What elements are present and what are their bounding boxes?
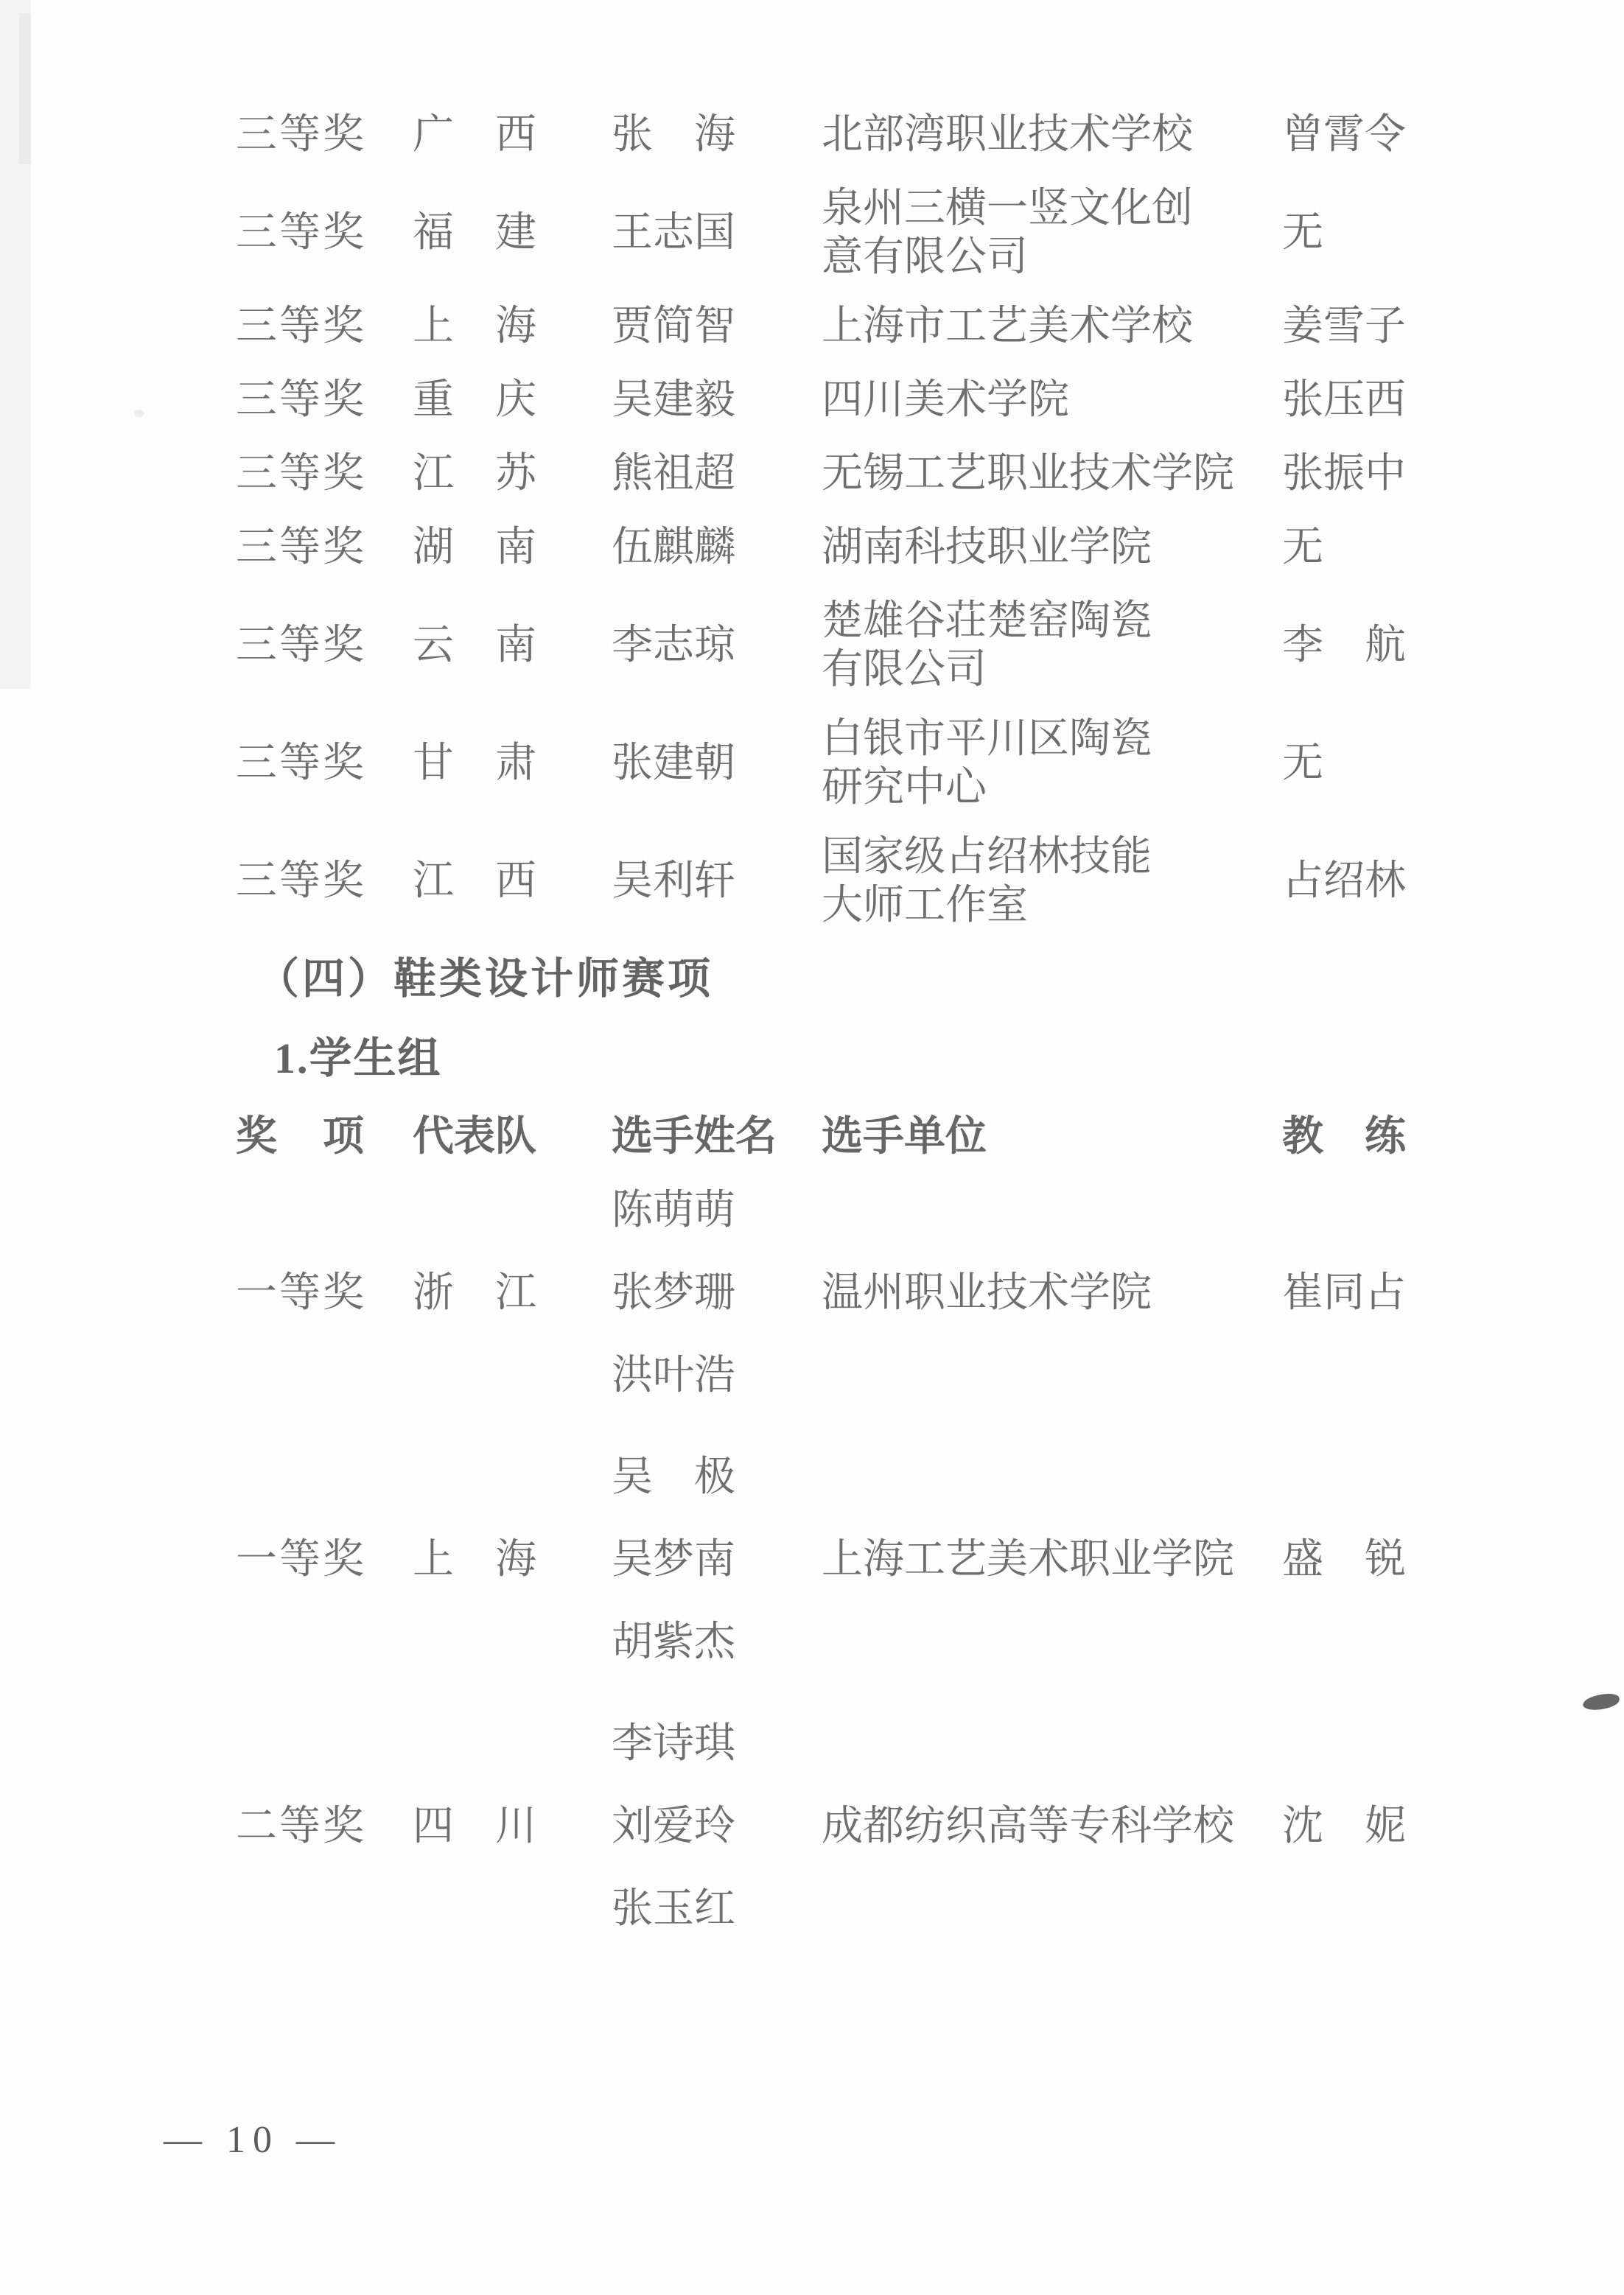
unit-cell: 四川美术学院 (822, 376, 1249, 424)
unit-cell: 国家级占绍林技能 大师工作室 (822, 833, 1249, 930)
contestant-name-cell: 胡紫杰 (612, 1618, 781, 1667)
team-cell: 湖 南 (413, 523, 564, 572)
awards-table-continued: 三等奖 广 西 张 海 北部湾职业技术学校 曾霄令 三等奖 福 建 王志国 泉州… (236, 111, 1624, 930)
contestant-name-cell: 吴梦南 (612, 1535, 781, 1584)
unit-line-2: 研究中心 (822, 763, 1249, 812)
contestant-name-cell: 王志国 (612, 209, 781, 257)
contestant-name-cell: 熊祖超 (612, 449, 781, 498)
award-cell: 三等奖 (236, 739, 368, 788)
contestant-name-cell: 张梦珊 (612, 1269, 781, 1317)
student-group-table: 奖 项 代表队 选手姓名 选手单位 教 练 一等奖 浙 江 陈萌萌 张梦珊 洪叶… (236, 1113, 1624, 1933)
coach-cell: 姜雪子 (1282, 302, 1422, 351)
contestant-name-cell: 张玉红 (612, 1885, 781, 1933)
table-row: 一等奖 上 海 吴 极 吴梦南 胡紫杰 上海工艺美术职业学院 盛 锐 (236, 1453, 1624, 1667)
page-number: — 10 — (164, 2116, 342, 2165)
team-cell: 福 建 (413, 209, 564, 257)
contestant-names-stack: 陈萌萌 张梦珊 洪叶浩 (612, 1186, 781, 1400)
unit-line-1: 无锡工艺职业技术学院 (822, 449, 1249, 498)
unit-cell: 北部湾职业技术学校 (822, 111, 1249, 159)
coach-cell: 无 (1282, 523, 1422, 572)
contestant-name-cell: 刘爱玲 (612, 1802, 781, 1851)
coach-cell: 占绍林 (1282, 857, 1422, 905)
contestant-name-cell: 洪叶浩 (612, 1351, 781, 1400)
award-cell: 二等奖 (236, 1802, 368, 1851)
unit-line-2: 意有限公司 (822, 233, 1249, 281)
table-row: 三等奖 上 海 贾简智 上海市工艺美术学校 姜雪子 (236, 302, 1624, 351)
section-subheading: 1.学生组 (274, 1034, 1624, 1083)
document-page: 三等奖 广 西 张 海 北部湾职业技术学校 曾霄令 三等奖 福 建 王志国 泉州… (0, 0, 1624, 2295)
team-cell: 江 苏 (413, 449, 564, 498)
coach-cell: 曾霄令 (1282, 111, 1422, 159)
contestant-name-cell: 李诗琪 (612, 1720, 781, 1768)
team-cell: 甘 肃 (413, 739, 564, 788)
coach-cell: 无 (1282, 209, 1422, 257)
table-row: 三等奖 福 建 王志国 泉州三横一竖文化创 意有限公司 无 (236, 184, 1624, 281)
column-header-unit: 选手单位 (822, 1113, 1249, 1161)
scan-artifact-left-strip-dark (19, 13, 31, 164)
table-header-row: 奖 项 代表队 选手姓名 选手单位 教 练 (236, 1113, 1624, 1161)
coach-cell: 沈 妮 (1282, 1802, 1422, 1851)
award-cell: 三等奖 (236, 523, 368, 572)
team-cell: 广 西 (413, 111, 564, 159)
unit-cell: 上海工艺美术职业学院 (822, 1535, 1249, 1584)
award-cell: 三等奖 (236, 111, 368, 159)
table-row: 一等奖 浙 江 陈萌萌 张梦珊 洪叶浩 温州职业技术学院 崔同占 (236, 1186, 1624, 1400)
table-row: 三等奖 广 西 张 海 北部湾职业技术学校 曾霄令 (236, 111, 1624, 159)
award-cell: 三等奖 (236, 376, 368, 424)
coach-cell: 李 航 (1282, 621, 1422, 670)
award-cell: 三等奖 (236, 209, 368, 257)
table-row: 三等奖 甘 肃 张建朝 白银市平川区陶瓷 研究中心 无 (236, 715, 1624, 812)
unit-cell: 温州职业技术学院 (822, 1269, 1249, 1317)
unit-cell: 湖南科技职业学院 (822, 523, 1249, 572)
table-row: 三等奖 云 南 李志琼 楚雄谷荘楚窑陶瓷 有限公司 李 航 (236, 597, 1624, 694)
unit-cell: 成都纺织高等专科学校 (822, 1802, 1249, 1851)
unit-line-1: 上海市工艺美术学校 (822, 302, 1249, 351)
contestant-name-cell: 李志琼 (612, 621, 781, 670)
team-cell: 四 川 (413, 1802, 564, 1851)
column-header-team: 代表队 (413, 1113, 564, 1161)
unit-line-1: 楚雄谷荘楚窑陶瓷 (822, 597, 1249, 645)
coach-cell: 张压西 (1282, 376, 1422, 424)
document-content: 三等奖 广 西 张 海 北部湾职业技术学校 曾霄令 三等奖 福 建 王志国 泉州… (0, 0, 1624, 1933)
contestant-name-cell: 吴 极 (612, 1453, 781, 1502)
column-header-coach: 教 练 (1282, 1113, 1422, 1161)
award-cell: 三等奖 (236, 621, 368, 670)
team-cell: 浙 江 (413, 1269, 564, 1317)
section-heading: （四）鞋类设计师赛项 (256, 955, 1624, 1003)
award-cell: 三等奖 (236, 857, 368, 905)
column-header-award: 奖 项 (236, 1113, 368, 1161)
unit-line-1: 四川美术学院 (822, 376, 1249, 424)
contestant-name-cell: 伍麒麟 (612, 523, 781, 572)
team-cell: 上 海 (413, 302, 564, 351)
team-cell: 江 西 (413, 857, 564, 905)
contestant-name-cell: 陈萌萌 (612, 1186, 781, 1235)
unit-line-2: 有限公司 (822, 645, 1249, 694)
unit-line-1: 泉州三横一竖文化创 (822, 184, 1249, 233)
unit-line-2: 大师工作室 (822, 881, 1249, 930)
coach-cell: 崔同占 (1282, 1269, 1422, 1317)
column-header-contestant-name: 选手姓名 (612, 1113, 781, 1161)
unit-cell: 泉州三横一竖文化创 意有限公司 (822, 184, 1249, 281)
award-cell: 一等奖 (236, 1535, 368, 1584)
table-row: 三等奖 湖 南 伍麒麟 湖南科技职业学院 无 (236, 523, 1624, 572)
coach-cell: 盛 锐 (1282, 1535, 1422, 1584)
unit-cell: 楚雄谷荘楚窑陶瓷 有限公司 (822, 597, 1249, 694)
contestant-name-cell: 张建朝 (612, 739, 781, 788)
table-row: 三等奖 重 庆 吴建毅 四川美术学院 张压西 (236, 376, 1624, 424)
table-row: 三等奖 江 苏 熊祖超 无锡工艺职业技术学院 张振中 (236, 449, 1624, 498)
contestant-name-cell: 吴利轩 (612, 857, 781, 905)
table-row: 二等奖 四 川 李诗琪 刘爱玲 张玉红 成都纺织高等专科学校 沈 妮 (236, 1720, 1624, 1933)
unit-line-1: 白银市平川区陶瓷 (822, 715, 1249, 763)
unit-cell: 上海市工艺美术学校 (822, 302, 1249, 351)
unit-cell: 白银市平川区陶瓷 研究中心 (822, 715, 1249, 812)
unit-line-1: 北部湾职业技术学校 (822, 111, 1249, 159)
unit-cell: 无锡工艺职业技术学院 (822, 449, 1249, 498)
contestant-name-cell: 张 海 (612, 111, 781, 159)
contestant-name-cell: 吴建毅 (612, 376, 781, 424)
team-cell: 重 庆 (413, 376, 564, 424)
award-cell: 三等奖 (236, 449, 368, 498)
contestant-names-stack: 李诗琪 刘爱玲 张玉红 (612, 1720, 781, 1933)
contestant-names-stack: 吴 极 吴梦南 胡紫杰 (612, 1453, 781, 1667)
unit-line-1: 湖南科技职业学院 (822, 523, 1249, 572)
contestant-name-cell: 贾简智 (612, 302, 781, 351)
coach-cell: 无 (1282, 739, 1422, 788)
award-cell: 三等奖 (236, 302, 368, 351)
team-cell: 上 海 (413, 1535, 564, 1584)
unit-line-1: 国家级占绍林技能 (822, 833, 1249, 881)
scan-artifact-dot (134, 410, 144, 417)
table-row: 三等奖 江 西 吴利轩 国家级占绍林技能 大师工作室 占绍林 (236, 833, 1624, 930)
team-cell: 云 南 (413, 621, 564, 670)
award-cell: 一等奖 (236, 1269, 368, 1317)
coach-cell: 张振中 (1282, 449, 1422, 498)
